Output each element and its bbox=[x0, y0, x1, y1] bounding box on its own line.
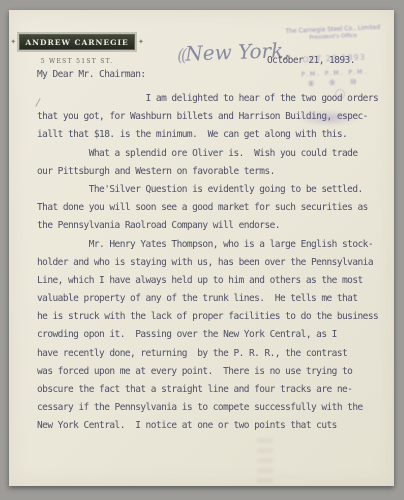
letter-line: was forced upon me at every point. There… bbox=[37, 363, 389, 381]
letter-line: valuable property of any of the trunk li… bbox=[37, 290, 389, 308]
stamp-check-mark bbox=[335, 89, 345, 99]
letter-line: crowding opon it. Passing over the New Y… bbox=[37, 326, 389, 344]
letter-line: our Pittsburgh and Western on favorable … bbox=[37, 163, 389, 181]
letter-line: What a splendid ore Oliver is. Wish you … bbox=[37, 145, 389, 163]
letter-line: That done you will soon see a good marke… bbox=[37, 199, 389, 217]
bleedthrough-mark bbox=[257, 438, 273, 488]
scan-background: ✦ ANDREW CARNEGIE ✦ 5 WEST 51ST ST. ((Ne… bbox=[0, 0, 404, 500]
letter-line: cessary if the Pennsylvania is to compet… bbox=[37, 399, 389, 417]
letter-line: Line, which I have always held up to him… bbox=[37, 272, 389, 290]
letter-line: holder and who is staying with us, has b… bbox=[37, 254, 389, 272]
letter-page: ✦ ANDREW CARNEGIE ✦ 5 WEST 51ST ST. ((Ne… bbox=[9, 10, 394, 486]
letter-line: obscure the fact that a straight line an… bbox=[37, 381, 389, 399]
letter-line: iallt that $18. is the minimum. We can g… bbox=[37, 126, 389, 144]
letter-body: I am delighted to hear of the two good o… bbox=[37, 90, 389, 436]
letterhead-name: ANDREW CARNEGIE bbox=[19, 34, 134, 50]
received-stamp: The Carnegie Steel Co., Limited Presiden… bbox=[276, 24, 393, 90]
letter-line: Mr. Henry Yates Thompson, who is a large… bbox=[37, 236, 389, 254]
flourish-ornament-left-icon: ✦ bbox=[10, 37, 16, 47]
letter-line: have recently done, returning by the P. … bbox=[37, 345, 389, 363]
letterhead-banner: ✦ ANDREW CARNEGIE ✦ bbox=[21, 34, 133, 50]
letter-line: New York Central. I notice at one or two… bbox=[37, 417, 389, 435]
script-swash-ornament: (( bbox=[177, 46, 185, 66]
stamp-date: OCT 23 1893 bbox=[277, 52, 391, 66]
stamp-smudge bbox=[297, 110, 359, 126]
letterhead-address: 5 WEST 51ST ST. bbox=[21, 58, 133, 65]
letter-line: The'Silver Question is evidently going t… bbox=[37, 181, 389, 199]
salutation: My Dear Mr. Chairman: bbox=[37, 69, 146, 80]
flourish-ornament-right-icon: ✦ bbox=[138, 37, 144, 47]
letter-line: the Pennsylvania Raolroad Company will e… bbox=[37, 217, 389, 235]
letter-line: he is struck with the lack of proper fac… bbox=[37, 308, 389, 326]
